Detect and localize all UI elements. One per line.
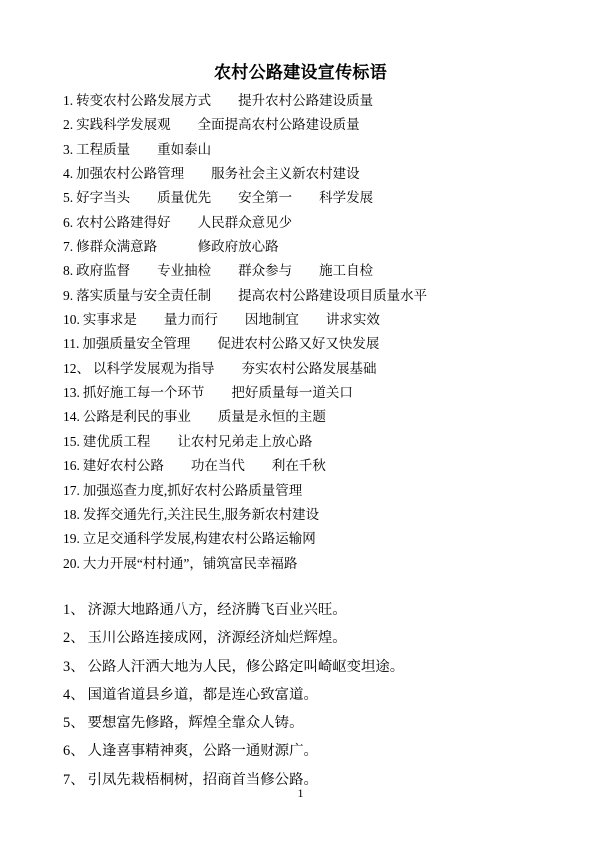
slogan-line: 1、济源大地路通八方，经济腾飞百业兴旺。 [63,596,581,624]
slogan-text: 济源大地路通八方，经济腾飞百业兴旺。 [88,602,347,618]
slogan-line: 13.抓好施工每一个环节 把好质量每一道关口 [63,381,581,405]
page-title: 农村公路建设宣传标语 [0,60,601,86]
slogan-number: 11. [63,336,79,351]
slogan-text: 公路人汗洒大地为人民，修公路定叫崎岖变坦途。 [88,659,405,675]
slogan-number: 8. [63,263,73,278]
slogan-line: 9.落实质量与安全责任制 提高农村公路建设项目质量水平 [63,284,581,308]
document-page: { "document": { "title": "农村公路建设宣传标语", "… [0,0,601,849]
slogan-text: 政府监督 专业抽检 群众参与 施工自检 [76,263,373,278]
slogan-number: 10. [63,312,80,327]
slogan-number: 6、 [63,743,85,759]
slogan-text: 发挥交通先行,关注民生,服务新农村建设 [83,507,319,522]
slogan-text: 实践科学发展观 全面提高农村公路建设质量 [76,117,360,132]
slogan-line: 4、国道省道县乡道，都是连心致富道。 [63,681,581,709]
slogan-number: 5、 [63,715,85,731]
slogan-text: 加强质量安全管理 促进农村公路又好又快发展 [82,336,379,351]
slogan-number: 6. [63,215,73,230]
slogan-list-secondary: 1、济源大地路通八方，经济腾飞百业兴旺。2、玉川公路连接成网，济源经济灿烂辉煌。… [63,596,581,794]
slogan-number: 7. [63,239,73,254]
slogan-line: 1.转变农村公路发展方式 提升农村公路建设质量 [63,89,581,113]
slogan-line: 7.修群众满意路 修政府放心路 [63,235,581,259]
page-number: 1 [0,786,601,800]
slogan-number: 18. [63,507,80,522]
slogan-number: 16. [63,458,80,473]
slogan-text: 抓好施工每一个环节 把好质量每一道关口 [83,385,353,400]
slogan-number: 1、 [63,602,85,618]
slogan-line: 5.好字当头 质量优先 安全第一 科学发展 [63,186,581,210]
slogan-line: 8.政府监督 专业抽检 群众参与 施工自检 [63,259,581,283]
slogan-line: 20.大力开展“村村通”，铺筑富民幸福路 [63,552,581,576]
slogan-number: 17. [63,483,80,498]
slogan-line: 3、公路人汗洒大地为人民，修公路定叫崎岖变坦途。 [63,653,581,681]
slogan-line: 3.工程质量 重如泰山 [63,138,581,162]
slogan-line: 16.建好农村公路 功在当代 利在千秋 [63,454,581,478]
slogan-text: 国道省道县乡道，都是连心致富道。 [88,687,318,703]
slogan-line: 18.发挥交通先行,关注民生,服务新农村建设 [63,503,581,527]
slogan-line: 4.加强农村公路管理 服务社会主义新农村建设 [63,162,581,186]
slogan-line: 6、人逢喜事精神爽，公路一通财源广。 [63,737,581,765]
slogan-number: 5. [63,190,73,205]
slogan-text: 转变农村公路发展方式 提升农村公路建设质量 [76,93,373,108]
slogan-line: 17.加强巡查力度,抓好农村公路质量管理 [63,479,581,503]
slogan-number: 4. [63,166,73,181]
slogan-text: 以科学发展观为指导 夯实农村公路发展基础 [93,361,377,376]
slogan-number: 14. [63,409,80,424]
slogan-number: 2. [63,117,73,132]
slogan-number: 15. [63,434,80,449]
slogan-number: 3. [63,142,73,157]
slogan-text: 加强巡查力度,抓好农村公路质量管理 [83,483,302,498]
slogan-number: 20. [63,556,80,571]
slogan-line: 19.立足交通科学发展,构建农村公路运输网 [63,527,581,551]
slogan-number: 3、 [63,659,85,675]
slogan-number: 9. [63,288,73,303]
slogan-line: 14.公路是利民的事业 质量是永恒的主题 [63,405,581,429]
slogan-list-primary: 1.转变农村公路发展方式 提升农村公路建设质量2.实践科学发展观 全面提高农村公… [63,89,581,576]
slogan-text: 实事求是 量力而行 因地制宜 讲求实效 [83,312,380,327]
slogan-text: 要想富先修路，辉煌全靠众人铸。 [88,715,304,731]
slogan-text: 农村公路建得好 人民群众意见少 [76,215,292,230]
slogan-line: 15.建优质工程 让农村兄弟走上放心路 [63,430,581,454]
slogan-line: 6.农村公路建得好 人民群众意见少 [63,211,581,235]
slogan-number: 2、 [63,630,85,646]
slogan-text: 工程质量 重如泰山 [76,142,211,157]
slogan-number: 13. [63,385,80,400]
slogan-number: 4、 [63,687,85,703]
slogan-text: 加强农村公路管理 服务社会主义新农村建设 [76,166,360,181]
slogan-number: 1. [63,93,73,108]
slogan-text: 建优质工程 让农村兄弟走上放心路 [83,434,313,449]
slogan-line: 2.实践科学发展观 全面提高农村公路建设质量 [63,113,581,137]
slogan-text: 大力开展“村村通”，铺筑富民幸福路 [83,556,297,571]
slogan-number: 19. [63,531,80,546]
slogan-text: 建好农村公路 功在当代 利在千秋 [83,458,326,473]
slogan-text: 落实质量与安全责任制 提高农村公路建设项目质量水平 [76,288,427,303]
slogan-text: 修群众满意路 修政府放心路 [76,239,279,254]
slogan-number: 12、 [63,361,90,376]
slogan-line: 5、要想富先修路，辉煌全靠众人铸。 [63,709,581,737]
slogan-text: 公路是利民的事业 质量是永恒的主题 [83,409,326,424]
slogan-text: 立足交通科学发展,构建农村公路运输网 [83,531,316,546]
slogan-line: 2、玉川公路连接成网，济源经济灿烂辉煌。 [63,624,581,652]
slogan-line: 10.实事求是 量力而行 因地制宜 讲求实效 [63,308,581,332]
slogan-text: 人逢喜事精神爽，公路一通财源广。 [88,743,318,759]
slogan-line: 11.加强质量安全管理 促进农村公路又好又快发展 [63,332,581,356]
slogan-line: 12、以科学发展观为指导 夯实农村公路发展基础 [63,357,581,381]
slogan-text: 好字当头 质量优先 安全第一 科学发展 [76,190,373,205]
slogan-text: 玉川公路连接成网，济源经济灿烂辉煌。 [88,630,347,646]
